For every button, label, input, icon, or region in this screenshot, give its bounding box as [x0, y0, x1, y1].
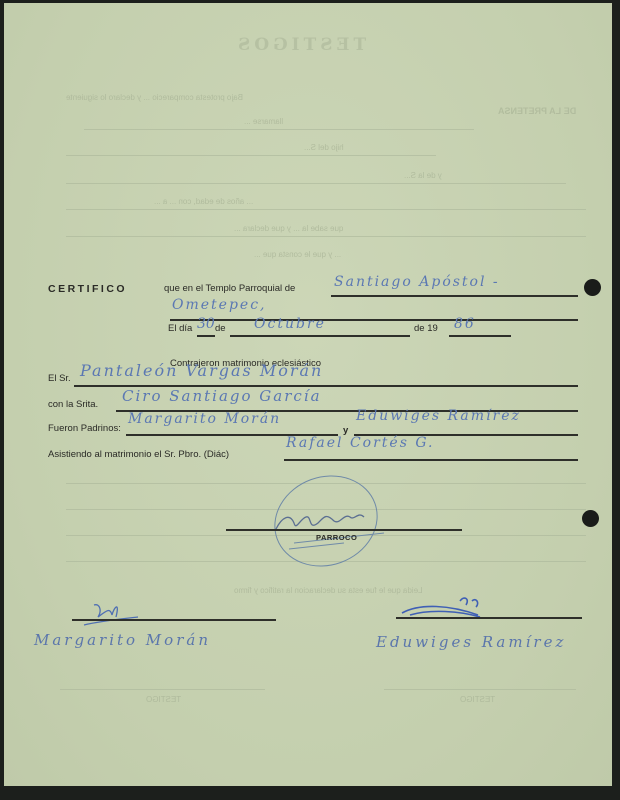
bleed-rule — [66, 155, 436, 156]
bleed-rule — [66, 236, 586, 237]
parroco-signature-line — [226, 529, 462, 531]
bleed-line: hijo del S... — [304, 143, 344, 152]
srita-value[interactable]: Ciro Santiago García — [122, 387, 322, 405]
mes-value[interactable]: Octubre — [254, 316, 326, 332]
dia-field-line — [197, 335, 215, 337]
sr-label: El Sr. — [48, 373, 71, 384]
bleed-rule — [66, 183, 566, 184]
bleed-line: ... y que le consta que ... — [254, 250, 341, 259]
bleed-rule — [384, 689, 576, 690]
padrino-value[interactable]: Margarito Morán — [128, 411, 281, 427]
bleed-rule — [84, 129, 474, 130]
asistiendo-value[interactable]: Rafael Cortés G. — [286, 435, 434, 451]
bleed-line: ... años de edad, con ... a ... — [154, 197, 253, 206]
witness-left-signature-icon — [80, 595, 140, 633]
templo-value-2[interactable]: Ometepec, — [172, 297, 267, 313]
sr-value[interactable]: Pantaleón Vargas Morán — [80, 361, 323, 380]
witness-left-name: Margarito Morán — [34, 631, 211, 649]
witness-left-line — [72, 619, 276, 621]
bleed-through-heading: DE LA PRETENSA — [498, 106, 576, 116]
certifico-label: CERTIFICO — [48, 283, 127, 295]
anio-value[interactable]: 86 — [454, 316, 476, 332]
witness-right-name: Eduwiges Ramírez — [376, 633, 566, 651]
templo-field-line-2 — [170, 319, 578, 321]
templo-label: que en el Templo Parroquial de — [164, 283, 295, 294]
bleed-line: Leida que le fue esta su declaracion la … — [234, 586, 423, 595]
padrinos-label: Fueron Padrinos: — [48, 423, 121, 434]
mes-field-line — [230, 335, 410, 337]
bleed-line: y de la S... — [404, 171, 442, 180]
bleed-footer-label: TESTIGO — [460, 695, 495, 704]
asistiendo-label: Asistiendo al matrimonio el Sr. Pbro. (D… — [48, 449, 229, 460]
punch-hole — [584, 279, 601, 296]
madrina-value[interactable]: Eduwiges Ramírez — [356, 408, 521, 424]
parroco-signature-icon — [234, 473, 414, 583]
templo-value[interactable]: Santiago Apóstol - — [334, 274, 500, 290]
asistiendo-field-line — [284, 459, 578, 461]
bleed-footer-label: TESTIGO — [146, 695, 181, 704]
de-label: de — [215, 323, 226, 334]
bleed-line: llamarse ... — [244, 117, 283, 126]
witness-right-line — [396, 617, 582, 619]
bleed-line: Bajo protesta comparecio ... y declaro l… — [66, 93, 243, 102]
document-page: TESTIGOS DE LA PRETENSA Bajo protesta co… — [4, 3, 612, 786]
punch-hole — [582, 510, 599, 527]
anio-field-line — [449, 335, 511, 337]
bleed-rule — [66, 209, 586, 210]
dia-value[interactable]: 30 — [197, 316, 215, 332]
srita-label: con la Srita. — [48, 399, 98, 410]
bleed-rule — [60, 689, 265, 690]
bleed-through-title: TESTIGOS — [234, 35, 366, 55]
parroco-label: PARROCO — [316, 533, 357, 542]
dia-label: El día — [168, 323, 192, 334]
templo-field-line — [331, 295, 578, 297]
anio-label: de 19 — [414, 323, 438, 334]
bleed-line: que sabe la ... y que declara ... — [234, 224, 343, 233]
witness-right-signature-icon — [400, 593, 490, 623]
